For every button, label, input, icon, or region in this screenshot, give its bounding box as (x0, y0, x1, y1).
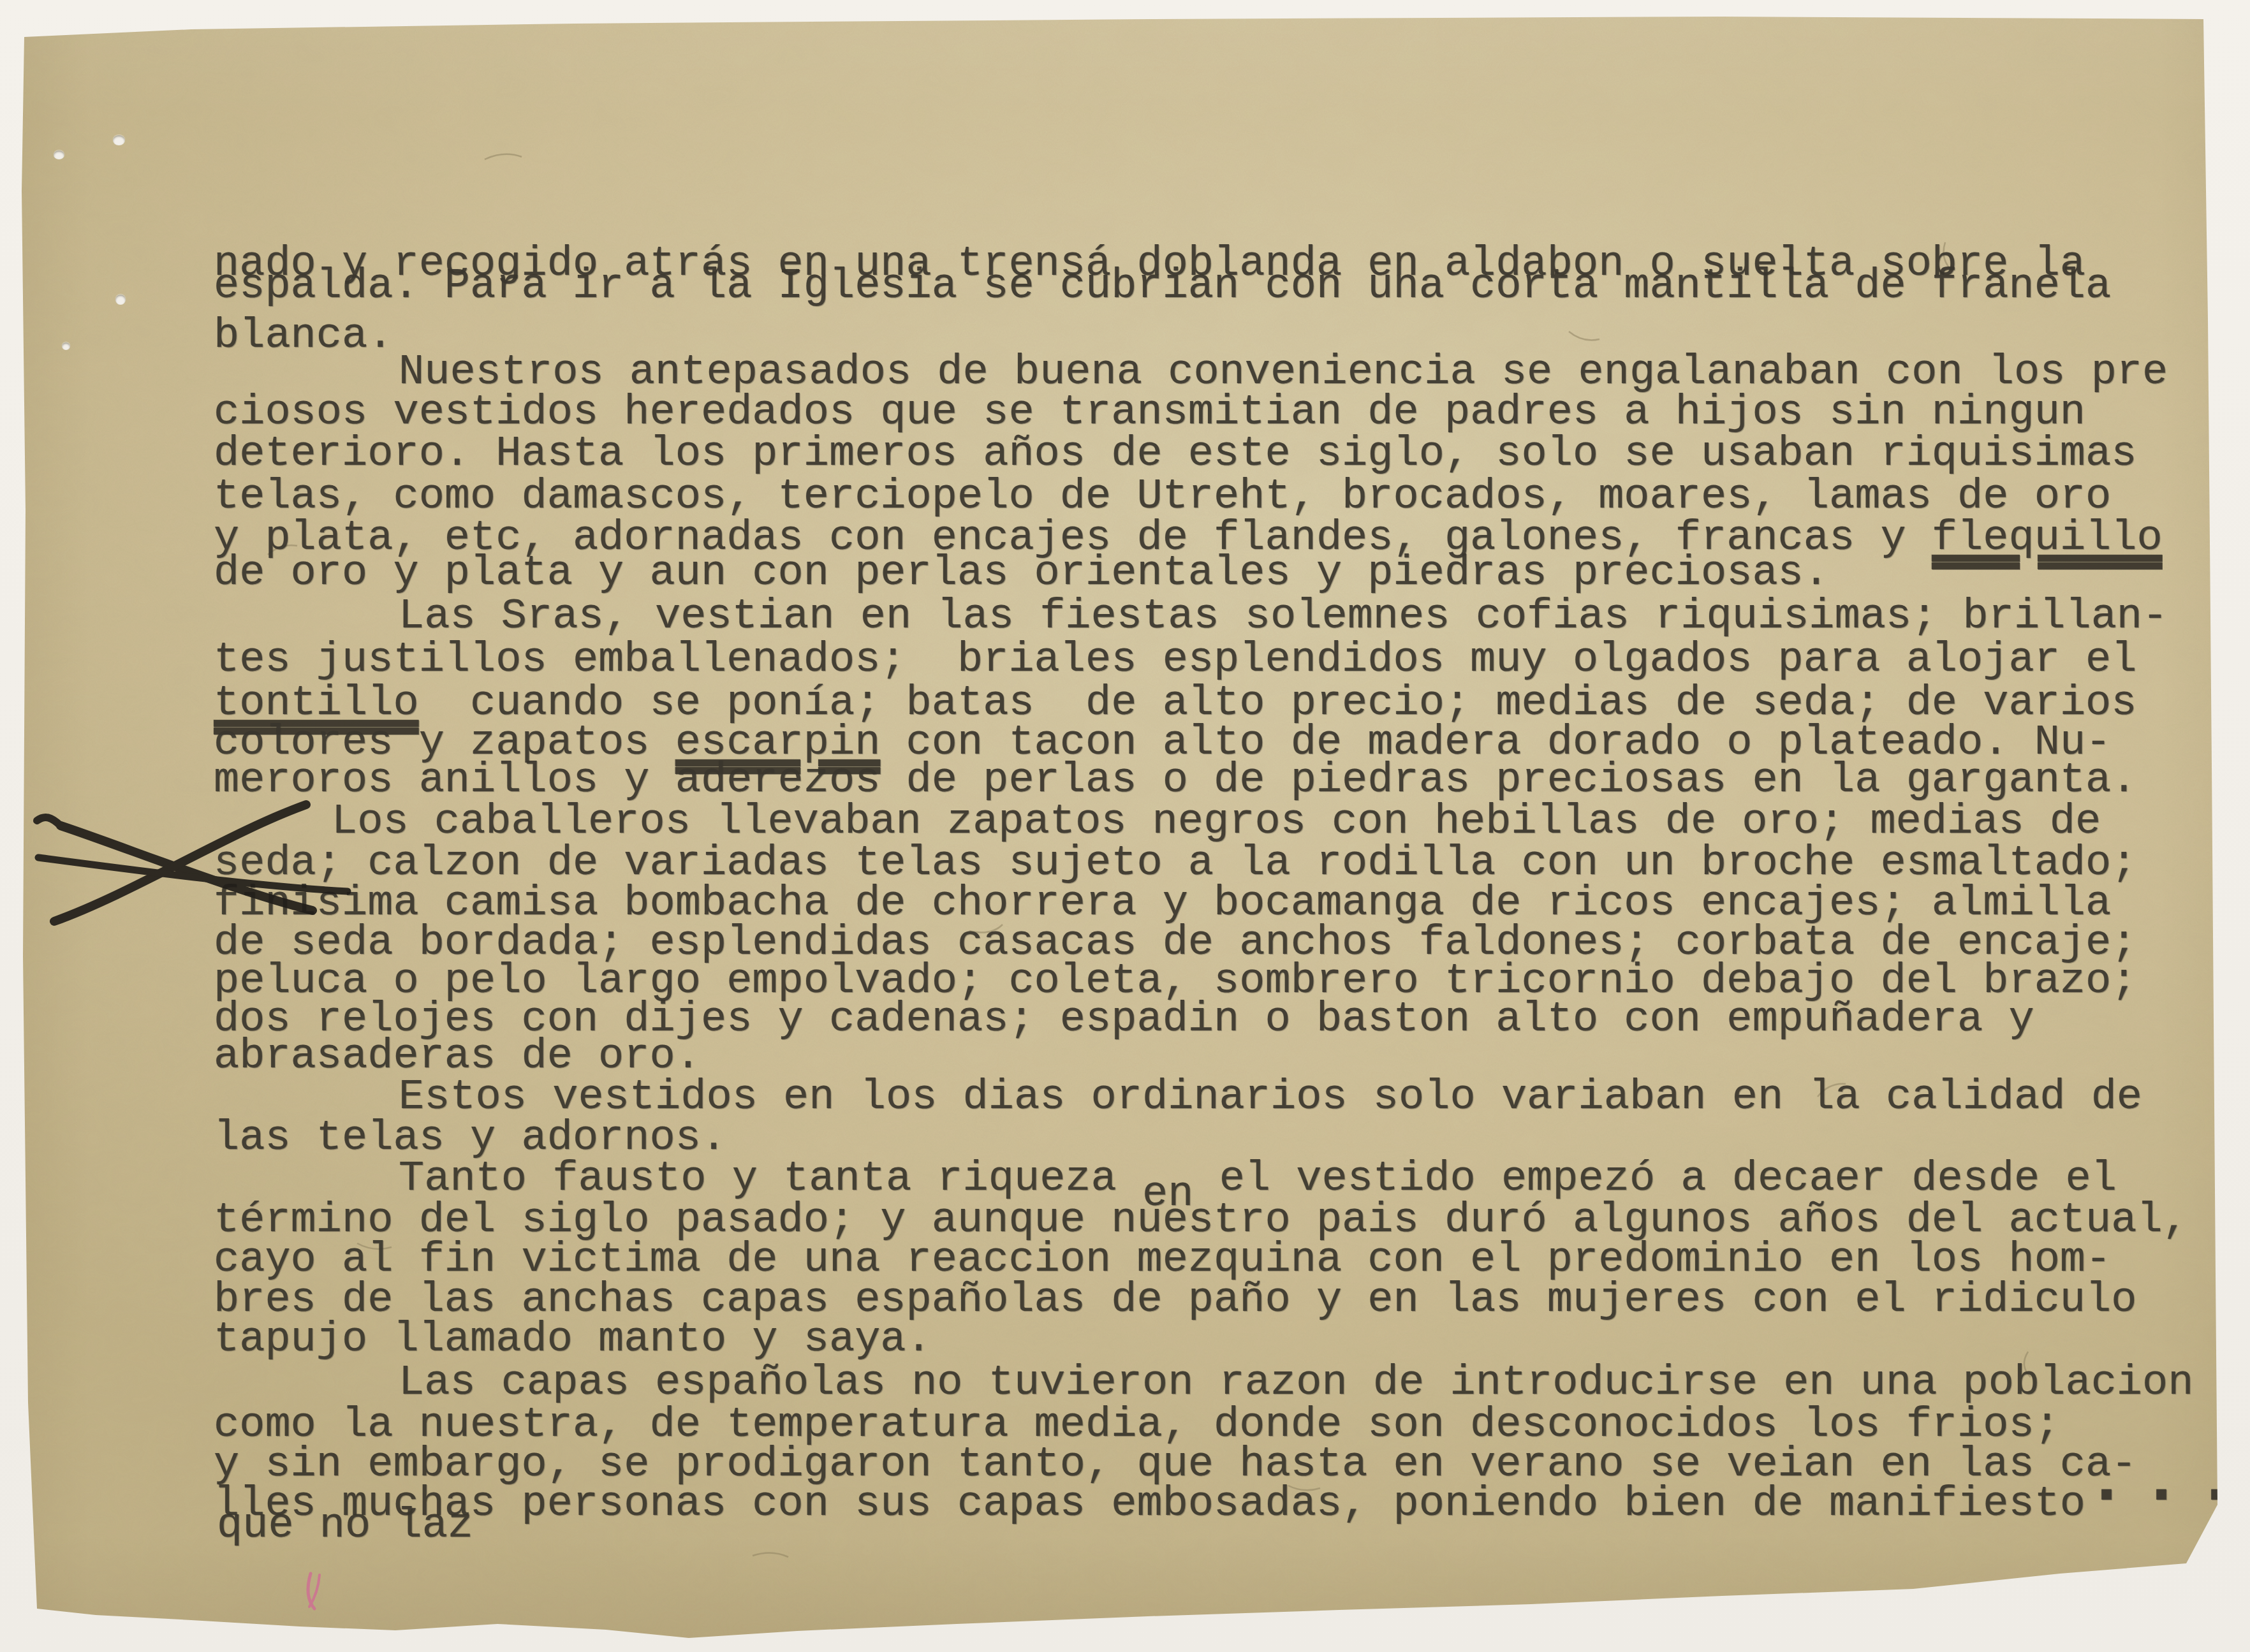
text-segment: Estos vestidos en los dias ordinarios so… (399, 1076, 2142, 1119)
text-segment: telas, como damascos, terciopelo de Utre… (214, 476, 2111, 518)
typewritten-line: las telas y adornos. (214, 1117, 726, 1160)
text-segment: meroros anillos y aderezos de perlas o d… (214, 759, 2137, 802)
text-segment: Nuestros antepasados de buena convenienc… (399, 351, 2168, 394)
pinhole (54, 150, 64, 159)
scanned-document: nado y recogido atrás en una trensá dobl… (0, 0, 2250, 1652)
text-segment: espalda. Para ir a la Iglesia se cubrian… (214, 265, 2111, 308)
text-segment: deterioro. Hasta los primeros años de es… (214, 433, 2137, 476)
typewritten-line: ciosos vestidos heredados que se transmi… (214, 391, 2085, 434)
paper: nado y recogido atrás en una trensá dobl… (0, 0, 2250, 1652)
typewritten-line: Estos vestidos en los dias ordinarios so… (399, 1076, 2142, 1119)
typewritten-line: Tanto fausto y tanta riqueza en el vesti… (399, 1158, 2117, 1201)
typewritten-line: cayo al fin victima de una reaccion mezq… (214, 1239, 2111, 1282)
text-segment: cayo al fin victima de una reaccion mezq… (214, 1239, 2111, 1282)
text-segment: las telas y adornos. (214, 1117, 726, 1160)
text-segment: Las Sras, vestian en las fiestas solemne… (399, 596, 2168, 638)
ellipsis-dots: ... (2085, 1460, 2250, 1503)
text-segment: tapujo llamado manto y saya. (214, 1319, 932, 1361)
text-segment: que no laz (217, 1505, 473, 1547)
text-segment: abrasaderas de oro. (214, 1035, 701, 1078)
typewritten-line: tapujo llamado manto y saya. (214, 1319, 932, 1361)
text-segment: blanca. (214, 315, 393, 358)
text-segment: lles muchas personas con sus capas embos… (214, 1483, 2085, 1526)
typewritten-line: espalda. Para ir a la Iglesia se cubrian… (214, 265, 2111, 308)
text-segment: ... (2085, 1460, 2250, 1503)
typewritten-line: seda; calzon de variadas telas sujeto a … (214, 842, 2137, 885)
text-segment: el vestido empezó a decaer desde el (1193, 1158, 2116, 1201)
text-segment: ciosos vestidos heredados que se transmi… (214, 391, 2085, 434)
typewritten-line: Las capas españolas no tuvieron razon de… (399, 1362, 2193, 1405)
typewritten-line: que no laz (217, 1505, 473, 1547)
text-segment: seda; calzon de variadas telas sujeto a … (214, 842, 2137, 885)
pinhole (62, 342, 70, 350)
typewritten-line: meroros anillos y aderezos de perlas o d… (214, 759, 2137, 802)
underlined-word: flequillo (1932, 517, 2163, 560)
text-segment: Las capas españolas no tuvieron razon de… (399, 1362, 2193, 1405)
typewritten-line: Las Sras, vestian en las fiestas solemne… (399, 596, 2168, 638)
text-segment: Tanto fausto y tanta riqueza (399, 1158, 1142, 1201)
typewritten-line: lles muchas personas con sus capas embos… (214, 1483, 2085, 1526)
text-segment: tes justillos emballenados; briales espl… (214, 639, 2137, 682)
typewritten-line: blanca. (214, 315, 393, 358)
pinhole (115, 295, 126, 305)
typewritten-line: tes justillos emballenados; briales espl… (214, 639, 2137, 682)
text-segment: de oro y plata y aun con perlas oriental… (214, 552, 1829, 595)
typewritten-line: de oro y plata y aun con perlas oriental… (214, 552, 1829, 595)
typewritten-line: deterioro. Hasta los primeros años de es… (214, 433, 2137, 476)
typewritten-line: telas, como damascos, terciopelo de Utre… (214, 476, 2111, 518)
typewritten-line: Nuestros antepasados de buena convenienc… (399, 351, 2168, 394)
typewritten-line: abrasaderas de oro. (214, 1035, 701, 1078)
pinhole (113, 135, 125, 145)
text-segment: Los caballeros llevaban zapatos negros c… (332, 801, 2101, 844)
typewritten-line: Los caballeros llevaban zapatos negros c… (332, 801, 2101, 844)
